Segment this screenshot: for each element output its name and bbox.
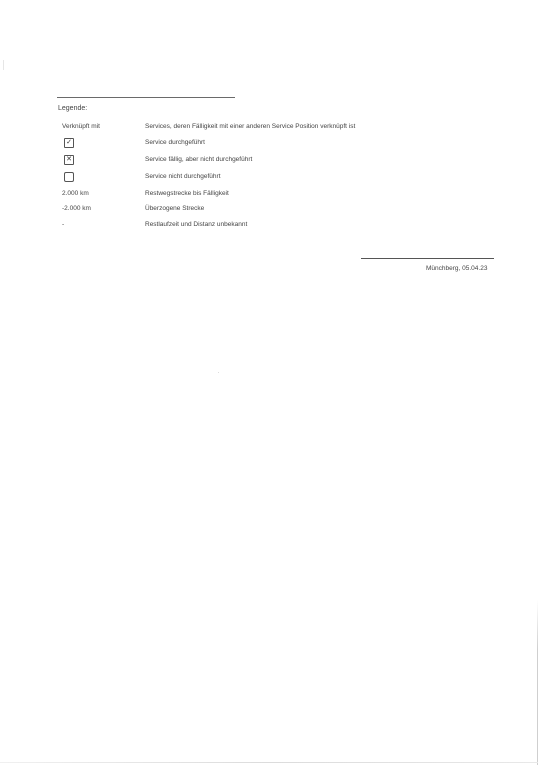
document-page: Legende: Verknüpft mit Services, deren F… xyxy=(0,0,542,768)
place-date: Münchberg, 05.04.23 xyxy=(426,265,487,272)
legend-title: Legende: xyxy=(58,105,87,112)
legend-key: 2.000 km xyxy=(62,190,89,197)
legend-row-unknown: - Restlaufzeit und Distanz unbekannt xyxy=(0,221,542,233)
legend-row-exceeded-distance: -2.000 km Überzogene Strecke xyxy=(0,205,542,217)
checkbox-checked-icon: ✓ xyxy=(64,138,74,148)
checkbox-empty-icon xyxy=(64,172,74,182)
legend-row-not-done: Service nicht durchgeführt xyxy=(0,173,542,185)
legend-row-due-not-done: ✕ Service fällig, aber nicht durchgeführ… xyxy=(0,156,542,168)
legend-description: Restwegstrecke bis Fälligkeit xyxy=(145,190,229,197)
legend-row-linked: Verknüpft mit Services, deren Fälligkeit… xyxy=(0,123,542,135)
legend-key: -2.000 km xyxy=(62,205,91,212)
scan-edge-mark xyxy=(3,60,4,70)
scan-edge-bottom xyxy=(0,762,538,763)
legend-key: - xyxy=(62,221,64,228)
legend-description: Service durchgeführt xyxy=(145,139,205,146)
legend-description: Service nicht durchgeführt xyxy=(145,173,221,180)
legend-description: Überzogene Strecke xyxy=(145,205,204,212)
scan-speck xyxy=(218,372,219,373)
section-divider xyxy=(57,97,235,98)
legend-row-remaining-distance: 2.000 km Restwegstrecke bis Fälligkeit xyxy=(0,190,542,202)
legend-description: Restlaufzeit und Distanz unbekannt xyxy=(145,221,247,228)
signature-line xyxy=(361,258,494,259)
legend-description: Service fällig, aber nicht durchgeführt xyxy=(145,156,252,163)
legend-row-done: ✓ Service durchgeführt xyxy=(0,139,542,151)
scan-edge-right xyxy=(537,600,538,765)
legend-key: Verknüpft mit xyxy=(62,123,100,130)
checkbox-crossed-icon: ✕ xyxy=(64,155,74,165)
legend-description: Services, deren Fälligkeit mit einer and… xyxy=(145,123,355,130)
